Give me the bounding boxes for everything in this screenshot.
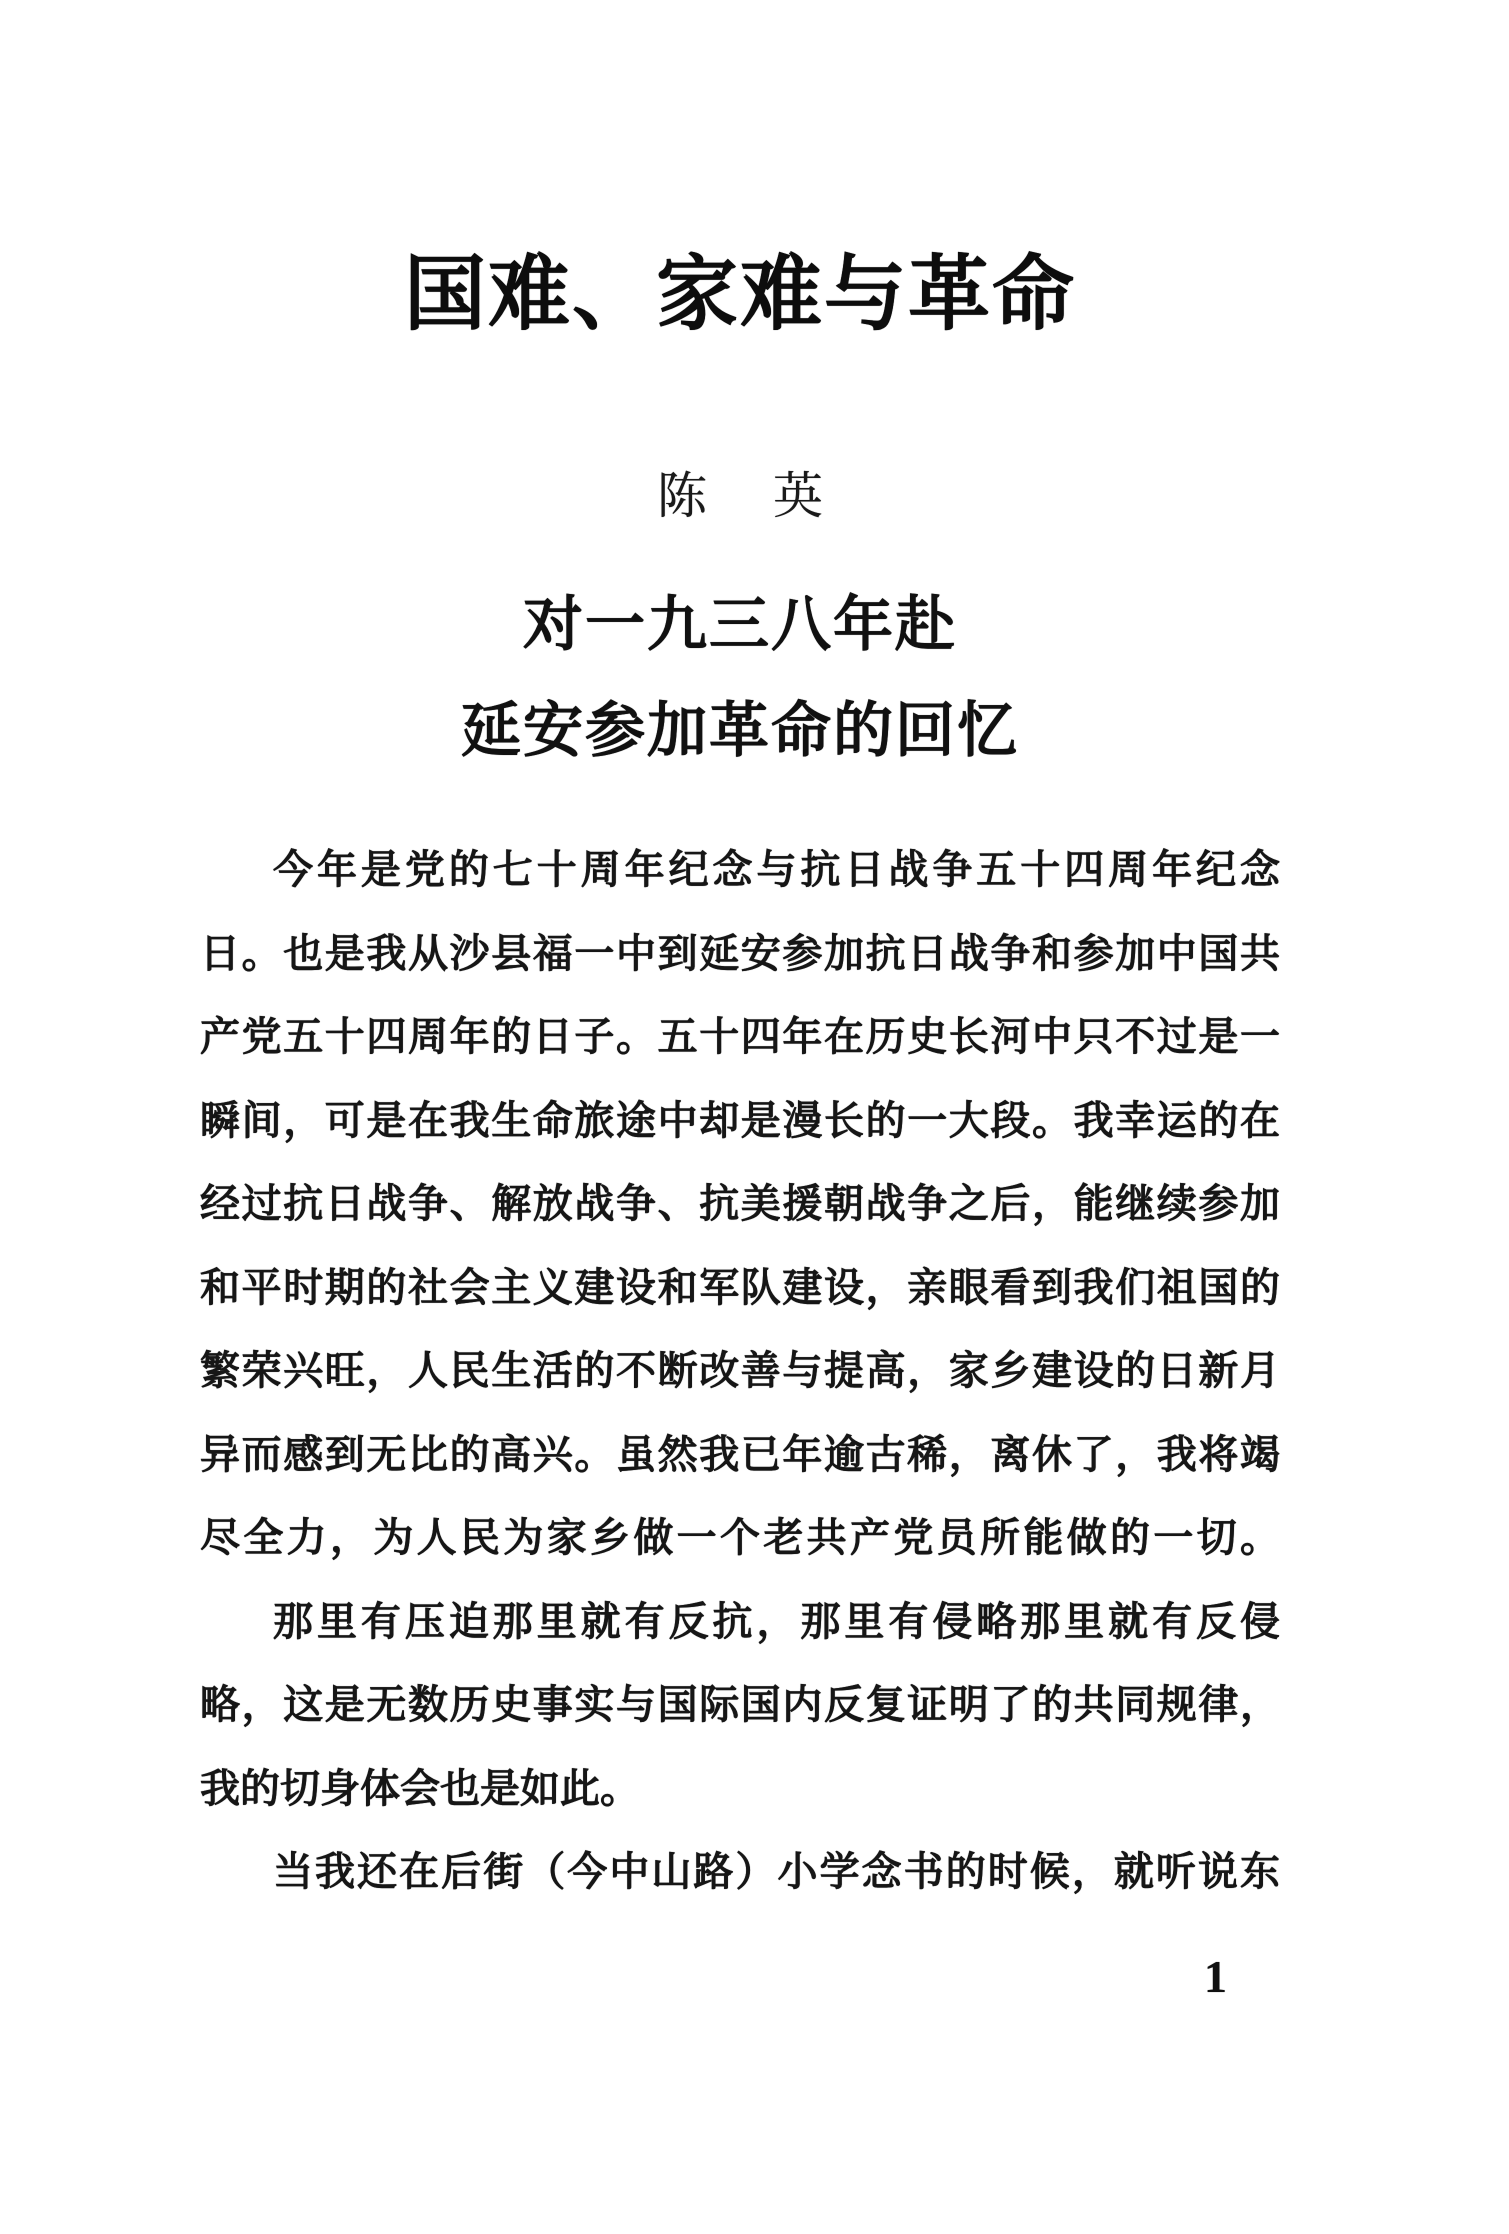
body-line: 日。也是我从沙县福一中到延安参加抗日战争和参加中国共 [200, 912, 1280, 996]
body-line: 今年是党的七十周年纪念与抗日战争五十四周年纪念 [200, 828, 1280, 912]
subtitle-line-1: 对一九三八年赴 [200, 592, 1280, 658]
body-line: 当我还在后街（今中山路）小学念书的时候，就听说东 [200, 1830, 1280, 1914]
subtitle-line-2: 延安参加革命的回忆 [200, 698, 1280, 764]
body-line: 尽全力，为人民为家乡做一个老共产党员所能做的一切。 [200, 1496, 1280, 1580]
body-line: 经过抗日战争、解放战争、抗美援朝战争之后，能继续参加 [200, 1162, 1280, 1246]
article-title: 国难、家难与革命 [200, 252, 1280, 338]
body-line: 繁荣兴旺，人民生活的不断改善与提高，家乡建设的日新月 [200, 1329, 1280, 1413]
author-given-name: 英 [773, 468, 823, 524]
scanned-book-page: 国难、家难与革命 陈英 对一九三八年赴 延安参加革命的回忆 今年是党的七十周年纪… [0, 0, 1509, 2234]
article-body: 今年是党的七十周年纪念与抗日战争五十四周年纪念 日。也是我从沙县福一中到延安参加… [200, 828, 1280, 1914]
body-line: 产党五十四周年的日子。五十四年在历史长河中只不过是一 [200, 995, 1280, 1079]
body-line: 瞬间，可是在我生命旅途中却是漫长的一大段。我幸运的在 [200, 1079, 1280, 1163]
page-number: 1 [1204, 1950, 1227, 2003]
body-line: 那里有压迫那里就有反抗，那里有侵略那里就有反侵 [200, 1580, 1280, 1664]
body-line: 我的切身体会也是如此。 [200, 1747, 1280, 1831]
body-line: 和平时期的社会主义建设和军队建设，亲眼看到我们祖国的 [200, 1246, 1280, 1330]
author-name: 陈英 [200, 468, 1280, 526]
body-line: 略，这是无数历史事实与国际国内反复证明了的共同规律， [200, 1663, 1280, 1747]
author-surname: 陈 [657, 468, 707, 524]
body-line: 异而感到无比的高兴。虽然我已年逾古稀，离休了，我将竭 [200, 1413, 1280, 1497]
